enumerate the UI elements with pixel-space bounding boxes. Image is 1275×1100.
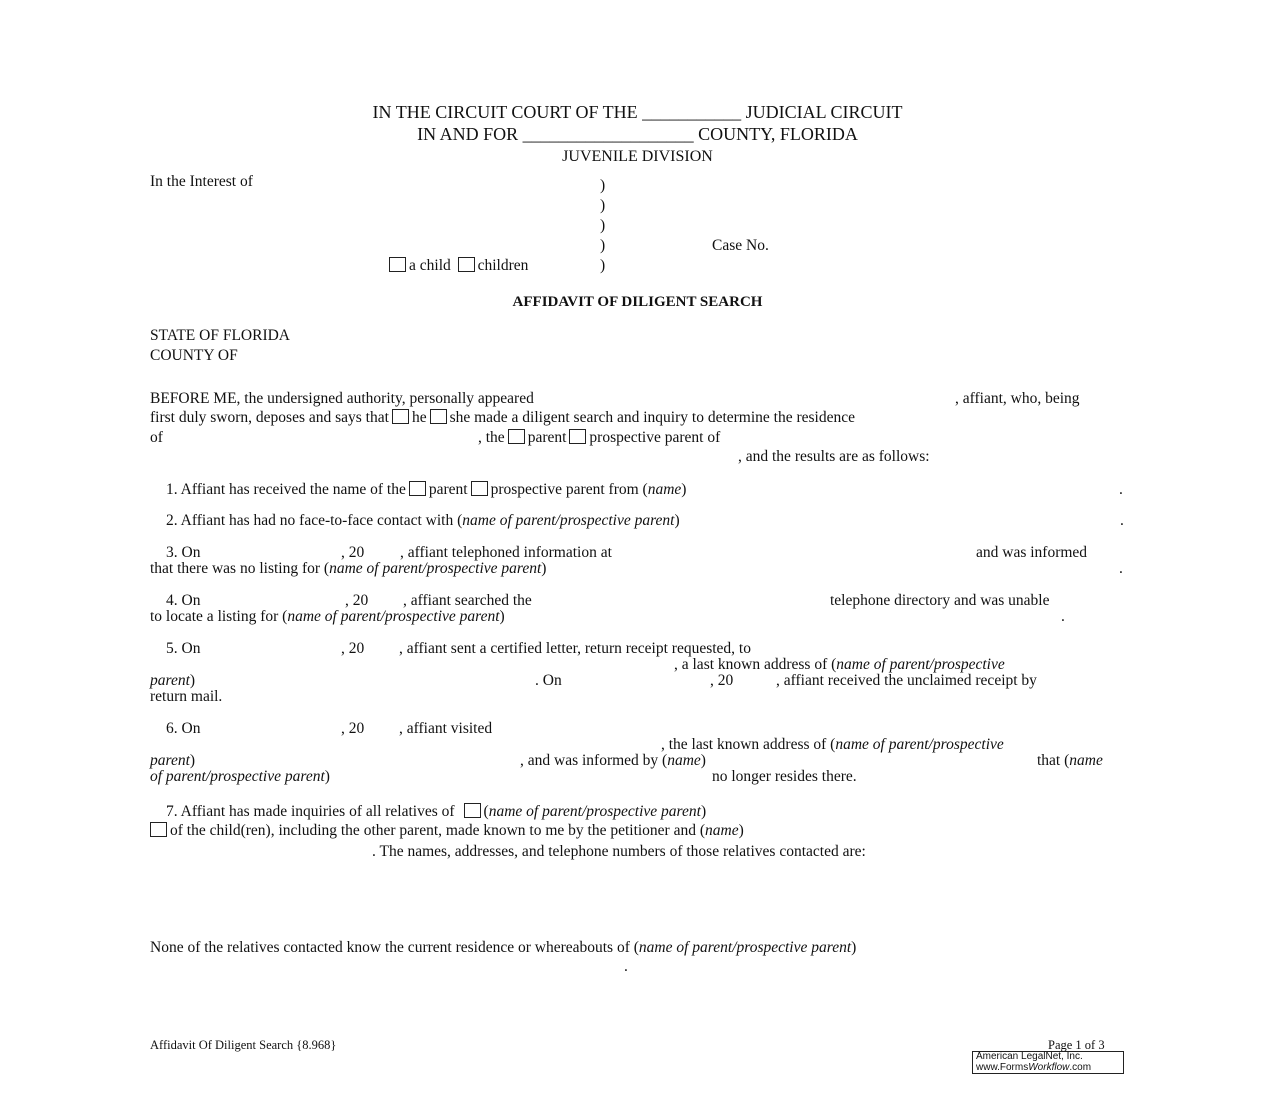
paren: ) (325, 768, 330, 785)
name-hint: name (705, 822, 739, 839)
item-4-locate: to locate a listing for ( (150, 608, 287, 625)
name-hint: name (1069, 752, 1103, 769)
none-relatives: None of the relatives contacted know the… (150, 939, 856, 957)
item-5-on: 5. On (166, 640, 200, 658)
intro-line3: , theparentprospective parent of (478, 429, 720, 447)
period: . (1119, 560, 1123, 578)
intro-line1a: BEFORE ME, the undersigned authority, pe… (150, 390, 534, 408)
item-5-received: , affiant received the unclaimed receipt… (776, 672, 1037, 690)
that-text: that ( (1037, 752, 1069, 769)
child-selector: a child children (386, 257, 528, 275)
name-hint: name (648, 481, 682, 498)
name-hint: name (667, 752, 701, 769)
npp-hint: name of parent/prospective parent (287, 608, 499, 625)
paren: ) (701, 803, 706, 820)
state-label: STATE OF FLORIDA (150, 327, 290, 345)
prospective-parent-label: prospective parent of (589, 429, 720, 446)
item-6-resides: no longer resides there. (712, 768, 857, 786)
paren: ) (190, 672, 195, 689)
intro-line1b: , affiant, who, being (955, 390, 1080, 408)
item-6-visited: , affiant visited (399, 720, 492, 738)
children-checkbox[interactable] (458, 257, 475, 272)
caption-paren: ) (600, 237, 605, 255)
court-header-line2: IN AND FOR ___________________ COUNTY, F… (0, 125, 1275, 143)
npp-hint: parent (150, 752, 190, 769)
she-checkbox[interactable] (430, 409, 447, 424)
npp-hint: parent (150, 672, 190, 689)
court-header-line1: IN THE CIRCUIT COURT OF THE ___________ … (0, 103, 1275, 121)
last-known-text: , a last known address of ( (674, 656, 836, 673)
item-1-parent: parent (429, 481, 468, 498)
he-checkbox[interactable] (392, 409, 409, 424)
item7-child-checkbox[interactable] (150, 822, 167, 837)
item1-parent-checkbox[interactable] (409, 481, 426, 496)
she-text: she made a diligent search and inquiry t… (450, 409, 855, 426)
item-1: 1. Affiant has received the name of thep… (166, 481, 686, 499)
caption-paren: ) (600, 177, 605, 195)
intro-of: of (150, 429, 163, 447)
item-3-line2: that there was no listing for (name of p… (150, 560, 546, 578)
year-prefix: , 20 (341, 640, 364, 658)
npp-hint: name of parent/prospective (835, 736, 1003, 753)
npp-hint: name of parent/prospective parent (462, 512, 674, 529)
paren: ) (681, 481, 686, 498)
a-child-label: a child (409, 257, 451, 274)
paren: ) (701, 752, 706, 769)
item-4-directory: telephone directory and was unable (830, 592, 1050, 610)
in-the-interest-label: In the Interest of (150, 173, 253, 191)
item-6-address: , the last known address of (name of par… (661, 736, 1004, 754)
sworn-text: first duly sworn, deposes and says that (150, 409, 389, 426)
item-1-from: prospective parent from ( (491, 481, 648, 498)
paren: ) (190, 752, 195, 769)
paren: ) (500, 608, 505, 625)
informed-text: , and was informed by ( (520, 752, 667, 769)
publisher-stamp: American LegalNet, Inc. www.FormsWorkflo… (972, 1051, 1124, 1074)
npp-hint: of parent/prospective parent (150, 768, 325, 785)
period: . (1120, 512, 1124, 530)
item-6-on: 6. On (166, 720, 200, 738)
npp-hint: name of parent/prospective parent (489, 803, 701, 820)
county-label: COUNTY OF (150, 347, 238, 365)
period: . (624, 958, 628, 976)
case-number-label: Case No. (712, 237, 769, 255)
npp-hint: name of parent/prospective parent (639, 939, 851, 956)
he-label: he (412, 409, 427, 426)
item-1-text: 1. Affiant has received the name of the (166, 481, 406, 498)
none-text: None of the relatives contacted know the… (150, 939, 639, 956)
paren: ) (739, 822, 744, 839)
item-2: 2. Affiant has had no face-to-face conta… (166, 512, 680, 530)
item-7-text: 7. Affiant has made inquiries of all rel… (166, 803, 455, 820)
caption-paren: ) (600, 197, 605, 215)
item7-parent-checkbox[interactable] (464, 803, 481, 818)
item-6-npp: of parent/prospective parent) (150, 768, 330, 786)
year-prefix: , 20 (710, 672, 733, 690)
item-3-listing: that there was no listing for ( (150, 560, 329, 577)
item-7: 7. Affiant has made inquiries of all rel… (166, 803, 706, 821)
form-name: Affidavit Of Diligent Search {8.968} (150, 1036, 336, 1054)
period: . (1061, 608, 1065, 626)
paren: ) (541, 560, 546, 577)
item-7-child-text: of the child(ren), including the other p… (170, 822, 705, 839)
paren: ) (851, 939, 856, 956)
prospective-parent-checkbox[interactable] (569, 429, 586, 444)
npp-hint: name of parent/prospective (836, 656, 1004, 673)
caption-paren: ) (600, 257, 605, 275)
period: . (1119, 481, 1123, 499)
publisher-url[interactable]: www.FormsWorkflow.com (976, 1063, 1123, 1074)
item-4-line2: to locate a listing for (name of parent/… (150, 608, 505, 626)
parent-label: parent (528, 429, 567, 446)
item-6-informed: , and was informed by (name) (520, 752, 706, 770)
caption-paren: ) (600, 217, 605, 235)
division-label: JUVENILE DIVISION (0, 148, 1275, 166)
item-5-on2: . On (535, 672, 562, 690)
the-text: , the (478, 429, 505, 446)
item-2-text: 2. Affiant has had no face-to-face conta… (166, 512, 462, 529)
paren: ) (674, 512, 679, 529)
item-3-informed: and was informed (976, 544, 1087, 562)
npp-hint: name of parent/prospective parent (329, 560, 541, 577)
item-5-return: return mail. (150, 688, 222, 706)
item-6-that: that (name (1037, 752, 1103, 770)
document-title: AFFIDAVIT OF DILIGENT SEARCH (0, 293, 1275, 311)
last-known-text: , the last known address of ( (661, 736, 835, 753)
intro-results: , and the results are as follows: (738, 448, 930, 466)
children-label: children (478, 257, 529, 274)
parent-checkbox[interactable] (508, 429, 525, 444)
item-7-relatives: . The names, addresses, and telephone nu… (372, 843, 866, 861)
intro-line2: first duly sworn, deposes and says thath… (150, 409, 855, 427)
year-prefix: , 20 (341, 720, 364, 738)
item1-prospective-checkbox[interactable] (471, 481, 488, 496)
a-child-checkbox[interactable] (389, 257, 406, 272)
item-7-line2: of the child(ren), including the other p… (148, 822, 744, 840)
